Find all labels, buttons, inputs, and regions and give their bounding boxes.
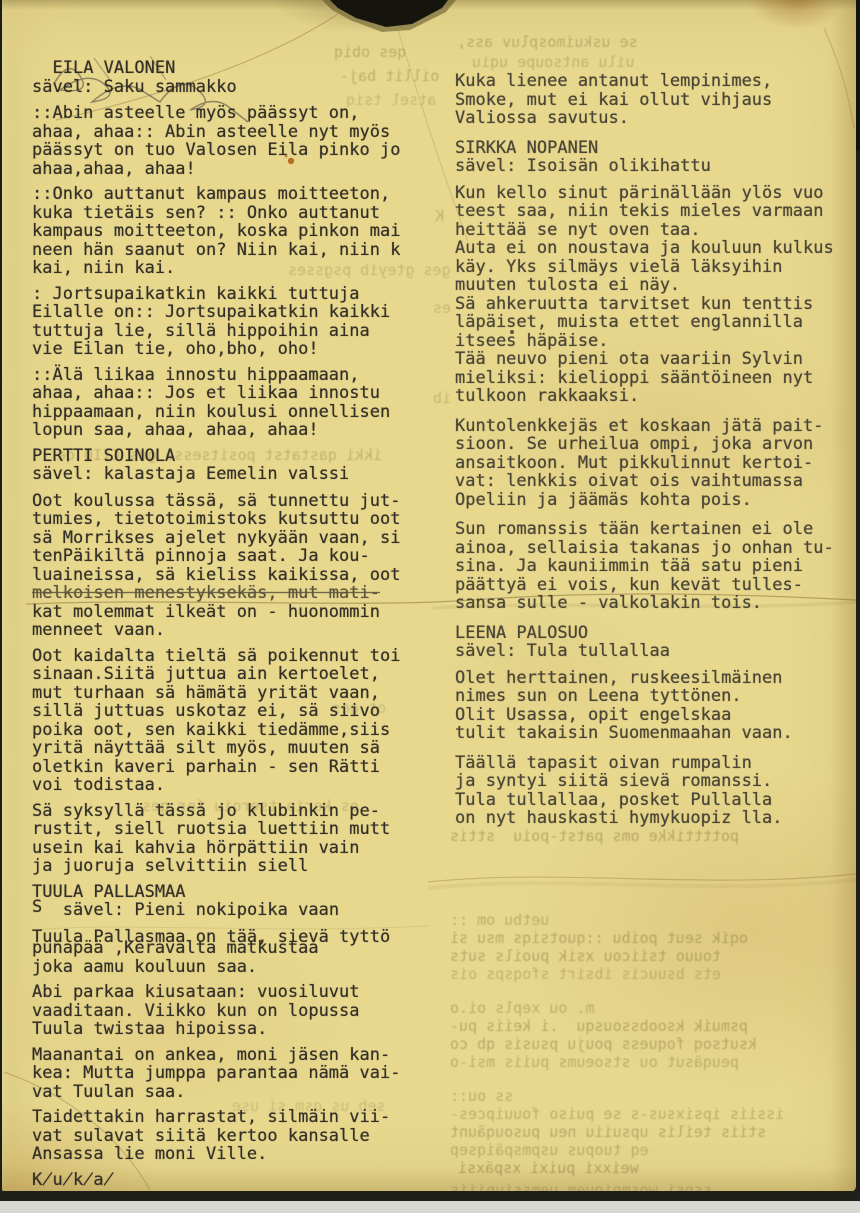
lyrics-line: neen hän saanut on? Niin kai, niin k	[32, 241, 456, 260]
lyrics-line: sinaan.Siitä juttua ain kertoelet,	[32, 665, 456, 684]
lyrics-line: oletkin kaveri parhain - sen Rätti	[32, 758, 456, 777]
lyrics-line: on nyt hauskasti hymykuopiz lla.	[455, 809, 860, 828]
lyrics-line: kea: Mutta jumppa parantaa nämä vai-	[32, 1064, 456, 1083]
lyrics-line: Oot koulussa tässä, sä tunnettu jut-	[32, 492, 456, 511]
lyrics-line: nimes sun on Leena tyttönen.	[455, 687, 860, 706]
stanza: Sä syksyllä tässä jo klubinkin pe-rustit…	[32, 802, 456, 876]
lyrics-line: kat molemmat ilkeät on - huonommin	[32, 603, 456, 622]
lyrics-line: poika oot, sen kaikki tiedämme,siis	[32, 721, 456, 740]
song-title: LEENA PALOSUO	[455, 624, 860, 643]
lyrics-line: kuka tietäis sen? :: Onko auttanut	[32, 204, 456, 223]
lyrics-line: itsees häpäise.	[455, 332, 860, 351]
lyrics-line: heittää se nyt oven taa.	[455, 221, 860, 240]
song-tune-label: sävel: Saku sammakko	[32, 78, 456, 97]
song-heading: TUULA PALLASMAAS sävel: Pieni nokipoika …	[32, 883, 456, 920]
lyrics-line: ansaitkoon. Mut pikkulinnut kertoi-	[455, 454, 860, 473]
song-title: EILA VALONEN	[32, 59, 456, 78]
song-tune-label: sävel: Tula tullallaa	[455, 642, 860, 661]
stanza: : Jortsupaikatkin kaikki tuttujaEilalle …	[32, 285, 456, 359]
song-heading: LEENA PALOSUOsävel: Tula tullallaa	[455, 624, 860, 661]
lyrics-line: mieliksi: kielioppi sääntöineen nyt	[455, 369, 860, 388]
bleedthrough-text: psmuik ksoobssousqu .i keiis pu-	[450, 1018, 748, 1035]
lyrics-line: Olet herttainen, ruskeesilmäinen	[455, 669, 860, 688]
lyrics-line: tenPäikiltä pinnoja saat. Ja kou-	[32, 547, 456, 566]
lyrics-line: muuten tulosta ei näy.	[455, 276, 860, 295]
stanza: Maanantai on ankea, moni jäsen kan-kea: …	[32, 1046, 456, 1102]
lyrics-line: sillä juttuas uskotaz ei, sä siivo	[32, 702, 456, 721]
lyrics-line: sioon. Se urheilua ompi, joka arvon	[455, 435, 860, 454]
stanza: ::Älä liikaa innostu hippaamaan,ahaa, ah…	[32, 366, 456, 440]
lyrics-line: rustit, siell ruotsia luettiin mutt	[32, 820, 456, 839]
lyrics-line: Tää neuvo pieni ota vaariin Sylvin	[455, 350, 860, 369]
song-tune-label: sävel: Isoisän olikihattu	[455, 157, 860, 176]
lyrics-line: vat: lenkkis oivat ois vaihtumassa	[455, 472, 860, 491]
stanza: ::Abin asteelle myös päässyt on,ahaa, ah…	[32, 104, 456, 178]
scanned-document: { "paper": { "colors": { "paper": "#e7d8…	[0, 0, 860, 1213]
lyrics-line: sä Morrikses ajelet nykyään vaan, si	[32, 529, 456, 548]
lyrics-line: melkoisen menestyksekäs, mut mati-	[32, 584, 456, 603]
stanza: Tuula Pallasmaa on tää, sievä tyttöpunap…	[32, 928, 456, 977]
lyrics-line: käy. Yks silmäys vielä läksyihin	[455, 258, 860, 277]
song-heading: SIRKKA NOPANENsävel: Isoisän olikihattu	[455, 139, 860, 176]
lyrics-line: usein kai kahvia hörpättiin vain	[32, 839, 456, 858]
stanza: Taidettakin harrastat, silmäin vii-vat s…	[32, 1108, 456, 1164]
stanza: K̸u̸k̸a̸	[32, 1171, 456, 1190]
lyrics-line: sansa sulle - valkolakin tois.	[455, 594, 860, 613]
lyrics-line: vaaditaan. Viikko kun on lopussa	[32, 1002, 456, 1021]
paper-sheet: se uskuimospluv ass,uilu antsoupe uqiuqe…	[2, 0, 856, 1192]
song-title: TUULA PALLASMAA	[32, 883, 456, 902]
stanza: ::Onko auttanut kampaus moitteeton,kuka …	[32, 185, 456, 278]
lyrics-line: Maanantai on ankea, moni jäsen kan-	[32, 1046, 456, 1065]
bleedthrough-text: touuo tsiicou xsik puoils suts	[450, 948, 721, 965]
song-tune-label: sävel: Pieni nokipoika vaan	[32, 901, 456, 920]
lyrics-line: ahaa,ahaa, ahaa!	[32, 160, 456, 179]
lyrics-line: Auta ei on noustava ja kouluun kulkus	[455, 239, 860, 258]
lyrics-line: Kuka lienee antanut lempinimes,	[455, 72, 860, 91]
scan-edge-right	[856, 0, 860, 150]
lyrics-line: Eilalle on:: Jortsupaikatkin kaikki	[32, 303, 456, 322]
lyrics-line: Ansassa lie moni Ville.	[32, 1145, 456, 1164]
bleedthrough-text: ss ou::	[450, 1088, 513, 1105]
lyrics-line: voi todistaa.	[32, 776, 456, 795]
lyrics-line: päässyt on tuo Valosen Eila pinko jo	[32, 141, 456, 160]
lyrics-line: Olit Usassa, opit engelskaa	[455, 706, 860, 725]
bleedthrough-text: eq tuopus uspmspäiqsep	[450, 1142, 649, 1159]
lyrics-line: Sä syksyllä tässä jo klubinkin pe-	[32, 802, 456, 821]
lyrics-line: hippaamaan, niin koulusi onnellisen	[32, 403, 456, 422]
song-tune-label: sävel: kalastaja Eemelin valssi	[32, 465, 456, 484]
lyrics-line: vie Eilan tie, oho,bho, oho!	[32, 340, 456, 359]
scanner-bed-strip	[0, 1201, 860, 1213]
bleedthrough-text: issiis ipsixsus-s se puiso fouuipces-	[450, 1106, 784, 1123]
lyrics-line: Tula tullallaa, posket Pullalla	[455, 791, 860, 810]
lyrics-line: vat Tuulan saa.	[32, 1083, 456, 1102]
lyrics-line: yritä näyttää silt myös, muuten sä	[32, 739, 456, 758]
lyrics-line: ahaa, ahaa:: Jos et liikaa innostu	[32, 384, 456, 403]
lyrics-line: Taidettakin harrastat, silmäin vii-	[32, 1108, 456, 1127]
stanza: Oot koulussa tässä, sä tunnettu jut-tumi…	[32, 492, 456, 640]
lyrics-line: Sun romanssis tään kertainen ei ole	[455, 520, 860, 539]
stanza: Kuka lienee antanut lempinimes,Smoke, mu…	[455, 72, 860, 128]
lyrics-line: joka aamu kouluun saa.	[32, 958, 456, 977]
bleedthrough-text: se uskuimospluv ass,	[457, 34, 638, 51]
stanza: Olet herttainen, ruskeesilmäinennimes su…	[455, 669, 860, 743]
lyrics-line: ::Onko auttanut kampaus moitteeton,	[32, 185, 456, 204]
lyrics-line: : Jortsupaikatkin kaikki tuttuja	[32, 285, 456, 304]
lyrics-line: tumies, tietotoimistoks kutsuttu oot	[32, 510, 456, 529]
lyrics-line: Valiossa savutus.	[455, 109, 860, 128]
lyrics-line: tuttuja lie, sillä hippoihin aina	[32, 322, 456, 341]
lyrics-line: punapää ,Keravalta matkustaa	[32, 939, 456, 958]
stray-letter: S	[32, 898, 42, 917]
lyrics-line: ::Abin asteelle myös päässyt on,	[32, 104, 456, 123]
stanza: Kuntolenkkejäs et koskaan jätä pait-sioo…	[455, 417, 860, 510]
lyrics-line: menneet vaan.	[32, 621, 456, 640]
bleedthrough-text: uetbu om ::	[450, 912, 549, 929]
lyrics-line: Tuula twistaa hipoissa.	[32, 1020, 456, 1039]
lyrics-line: Kun kello sinut pärinällään ylös vuo	[455, 184, 860, 203]
lyrics-line: ja juoruja selvittiin siell	[32, 857, 456, 876]
bleedthrough-text: ksutsoq foquess pouju psusis qb co	[450, 1036, 757, 1053]
crossed-out-word: K̸u̸k̸a̸	[32, 1171, 456, 1190]
scan-edge-band	[0, 1191, 860, 1201]
stanza: Abi parkaa kiusataan: vuosiluvutvaaditaa…	[32, 983, 456, 1039]
lyrics-line: lopun saa, ahaa, ahaa, ahaa!	[32, 421, 456, 440]
song-heading: PERTTI SOINOLAsävel: kalastaja Eemelin v…	[32, 447, 456, 484]
bleedthrough-text: stiis teilis upsuiiu neu pusouqäunt	[450, 1124, 766, 1141]
column-left: EILA VALONENsävel: Saku sammakko::Abin a…	[32, 54, 456, 1196]
lyrics-line: Kuntolenkkejäs et koskaan jätä pait-	[455, 417, 860, 436]
bleedthrough-text: oqik seut poibu ::quotsiqs msu si	[450, 930, 748, 947]
bleedthrough-text: ets bsuucis ibsirt sfoqsps ois	[450, 966, 721, 983]
bleedthrough-text: m. ou xepls oi.o	[450, 1000, 595, 1017]
lyrics-line: teest saa, niin tekis mieles varmaan	[455, 202, 860, 221]
column-right: Kuka lienee antanut lempinimes,Smoke, mu…	[455, 72, 860, 839]
lyrics-line: läpäiset, muista ettet englannilla	[455, 313, 860, 332]
lyrics-line: Opeliin ja jäämäs kohta pois.	[455, 491, 860, 510]
lyrics-line: sina. Ja kauniimmin tää satu pieni	[455, 557, 860, 576]
bleedthrough-text: uilu antsoupe uqiu	[472, 54, 635, 71]
bleedthrough-text: weixxi puixi xspäxsi	[458, 1160, 639, 1177]
lyrics-line: tulkoon rakkaaksi.	[455, 387, 860, 406]
stanza: Sun romanssis tään kertainen ei oleainoa…	[455, 520, 860, 613]
lyrics-line: Oot kaidalta tieltä sä poikennut toi	[32, 647, 456, 666]
song-heading: EILA VALONENsävel: Saku sammakko	[32, 59, 456, 96]
lyrics-line: vat sulavat siitä kertoo kansalle	[32, 1127, 456, 1146]
stanza: Kun kello sinut pärinällään ylös vuotees…	[455, 184, 860, 406]
lyrics-line: ja syntyi siitä sievä romanssi.	[455, 772, 860, 791]
lyrics-line: luaineissa, sä kieliss kaikissa, oot	[32, 566, 456, 585]
song-title: PERTTI SOINOLA	[32, 447, 456, 466]
lyrics-line: Täällä tapasit oivan rumpalin	[455, 754, 860, 773]
lyrics-line: Abi parkaa kiusataan: vuosiluvut	[32, 983, 456, 1002]
lyrics-line: ahaa, ahaa:: Abin asteelle nyt myös	[32, 123, 456, 142]
lyrics-line: Smoke, mut ei kai ollut vihjaus	[455, 91, 860, 110]
lyrics-line: ainoa, sellaisia takanas jo onhan tu-	[455, 539, 860, 558]
stanza: Oot kaidalta tieltä sä poikennut toisina…	[32, 647, 456, 795]
bleedthrough-text: peuqäsut ou stsoeums puiis msi-o	[450, 1054, 739, 1071]
song-title: SIRKKA NOPANEN	[455, 139, 860, 158]
stanza: Täällä tapasit oivan rumpalinja syntyi s…	[455, 754, 860, 828]
lyrics-line: kampaus moitteeton, koska pinkon mai	[32, 222, 456, 241]
lyrics-line: tulit takaisin Suomenmaahan vaan.	[455, 724, 860, 743]
lyrics-line: päättyä ei vois, kun kevät tulles-	[455, 576, 860, 595]
lyrics-line: mut turhaan sä hämätä yrität vaan,	[32, 684, 456, 703]
scanner-background: se uskuimospluv ass,uilu antsoupe uqiuqe…	[0, 0, 860, 1213]
lyrics-line: ::Älä liikaa innostu hippaamaan,	[32, 366, 456, 385]
lyrics-line: Sä ahkeruutta tarvitset kun tenttis	[455, 295, 860, 314]
lyrics-line: kai, niin kai.	[32, 259, 456, 278]
